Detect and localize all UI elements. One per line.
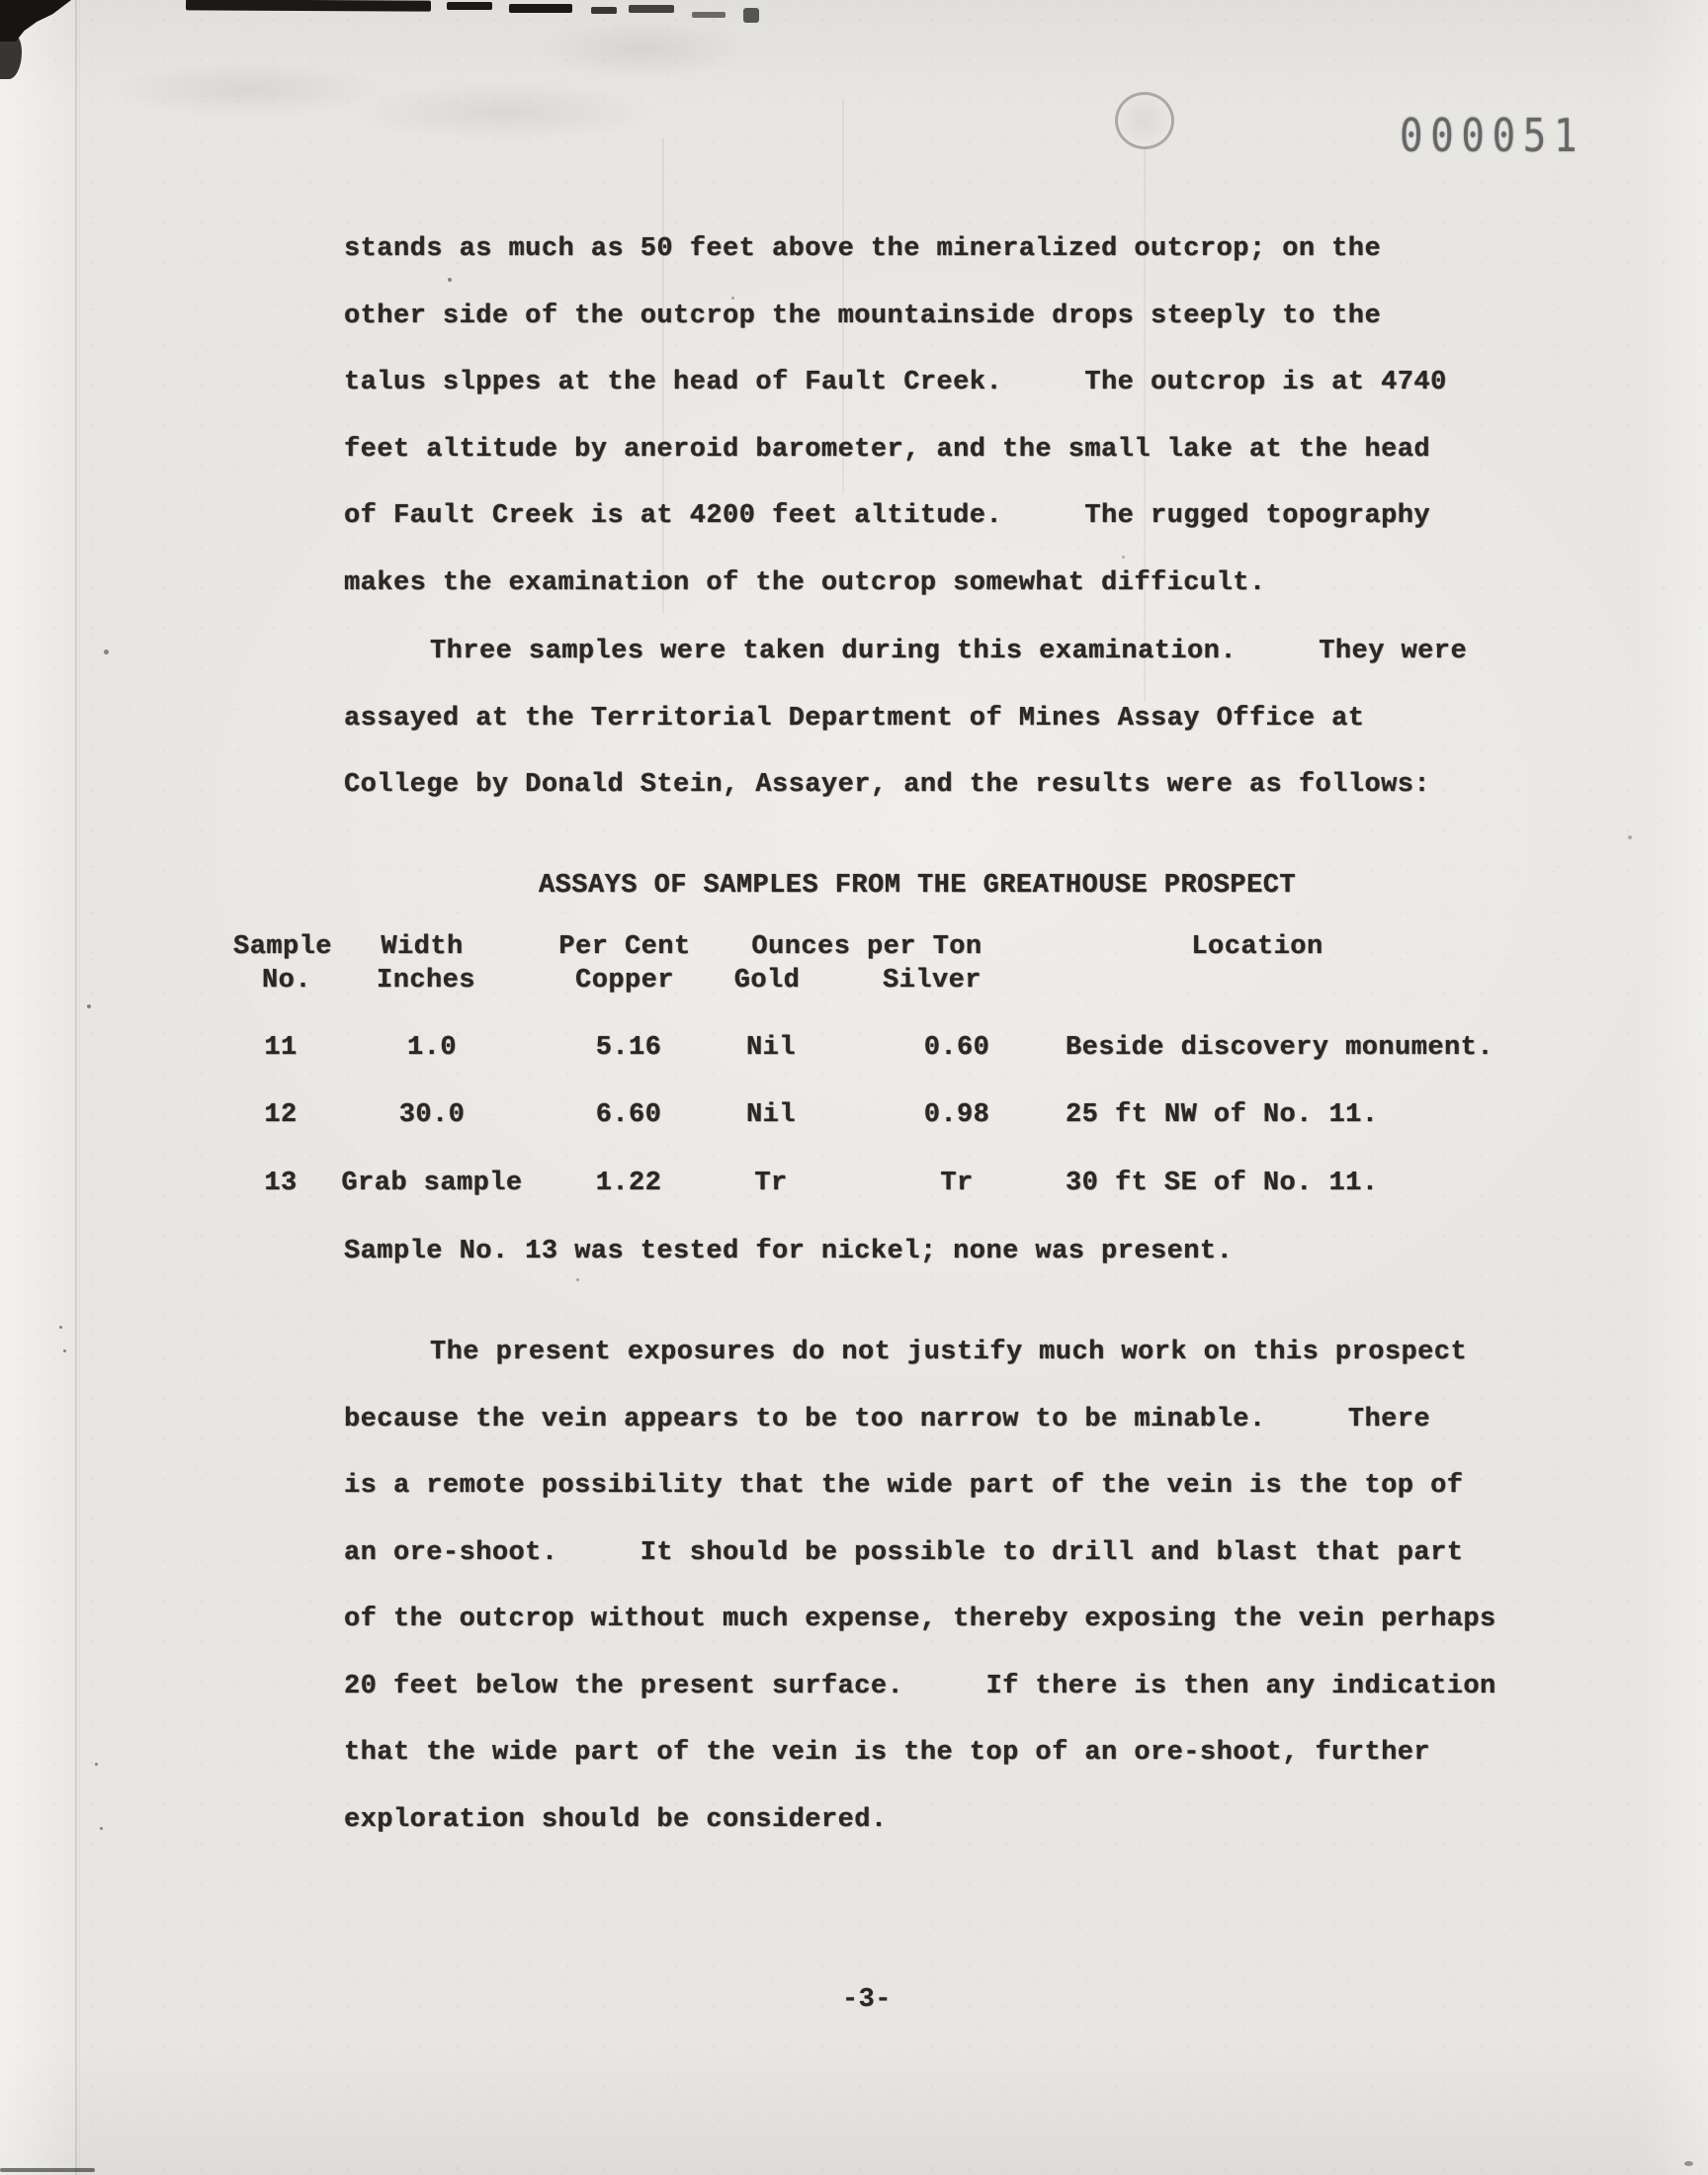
cell-silver: Tr [940, 1169, 973, 1198]
body-line: College by Donald Stein, Assayer, and th… [344, 769, 1430, 801]
body-line: stands as much as 50 feet above the mine… [344, 233, 1381, 265]
header-no: No. [262, 966, 311, 996]
header-per-cent: Per Cent [558, 932, 690, 962]
cell-location: 30 ft SE of No. 11. [1066, 1169, 1378, 1198]
header-location: Location [1191, 932, 1323, 962]
body-line: Three samples were taken during this exa… [430, 636, 1467, 667]
cell-copper: 1.22 [596, 1169, 662, 1198]
body-line: feet altitude by aneroid barometer, and … [344, 434, 1430, 466]
page-number: -3- [842, 1985, 892, 2015]
table-header-row: No. Inches Copper Gold Silver [0, 966, 1708, 1000]
cell-width: 30.0 [399, 1100, 466, 1130]
body-line: other side of the outcrop the mountainsi… [344, 301, 1381, 332]
header-gold: Gold [734, 966, 801, 996]
header-sample: Sample [233, 932, 332, 962]
table-row: 13 Grab sample 1.22 Tr Tr 30 ft SE of No… [0, 1169, 1708, 1202]
scanned-document-page: 000051 stands as much as 50 feet above t… [0, 0, 1708, 2175]
table-header-row: Sample Width Per Cent Ounces per Ton Loc… [0, 932, 1708, 966]
body-line: talus slppes at the head of Fault Creek.… [344, 367, 1447, 398]
header-width: Width [381, 932, 463, 962]
body-line: of the outcrop without much expense, the… [344, 1604, 1496, 1635]
body-line: an ore-shoot. It should be possible to d… [344, 1537, 1463, 1569]
header-ounces-per-ton: Ounces per Ton [751, 932, 982, 962]
cell-location: 25 ft NW of No. 11. [1066, 1100, 1378, 1130]
body-line: exploration should be considered. [344, 1804, 888, 1836]
table-note: Sample No. 13 was tested for nickel; non… [344, 1236, 1233, 1267]
cell-width: 1.0 [407, 1033, 457, 1063]
body-line: makes the examination of the outcrop som… [344, 567, 1266, 599]
cell-width: Grab sample [341, 1169, 522, 1198]
cell-sample-no: 13 [264, 1169, 297, 1198]
cell-gold: Nil [746, 1100, 796, 1130]
cell-copper: 5.16 [596, 1033, 662, 1063]
table-row: 11 1.0 5.16 Nil 0.60 Beside discovery mo… [0, 1033, 1708, 1067]
cell-sample-no: 12 [264, 1100, 297, 1130]
assay-table-title: ASSAYS OF SAMPLES FROM THE GREATHOUSE PR… [539, 870, 1296, 902]
body-line: assayed at the Territorial Department of… [344, 703, 1364, 735]
body-line: that the wide part of the vein is the to… [344, 1737, 1430, 1769]
header-silver: Silver [883, 966, 982, 996]
body-line: because the vein appears to be too narro… [344, 1404, 1430, 1435]
body-line: 20 feet below the present surface. If th… [344, 1671, 1496, 1702]
body-line: is a remote possibility that the wide pa… [344, 1470, 1463, 1502]
cell-gold: Tr [754, 1169, 787, 1198]
header-inches: Inches [377, 966, 475, 996]
body-line: of Fault Creek is at 4200 feet altitude.… [344, 500, 1430, 532]
cell-location: Beside discovery monument. [1066, 1033, 1494, 1063]
header-copper: Copper [575, 966, 674, 996]
cell-copper: 6.60 [596, 1100, 662, 1130]
body-line: The present exposures do not justify muc… [430, 1337, 1467, 1368]
table-row: 12 30.0 6.60 Nil 0.98 25 ft NW of No. 11… [0, 1100, 1708, 1134]
cell-silver: 0.98 [924, 1100, 990, 1130]
cell-gold: Nil [746, 1033, 796, 1063]
cell-silver: 0.60 [924, 1033, 990, 1063]
typed-text-layer: stands as much as 50 feet above the mine… [0, 0, 1708, 2175]
cell-sample-no: 11 [264, 1033, 297, 1063]
